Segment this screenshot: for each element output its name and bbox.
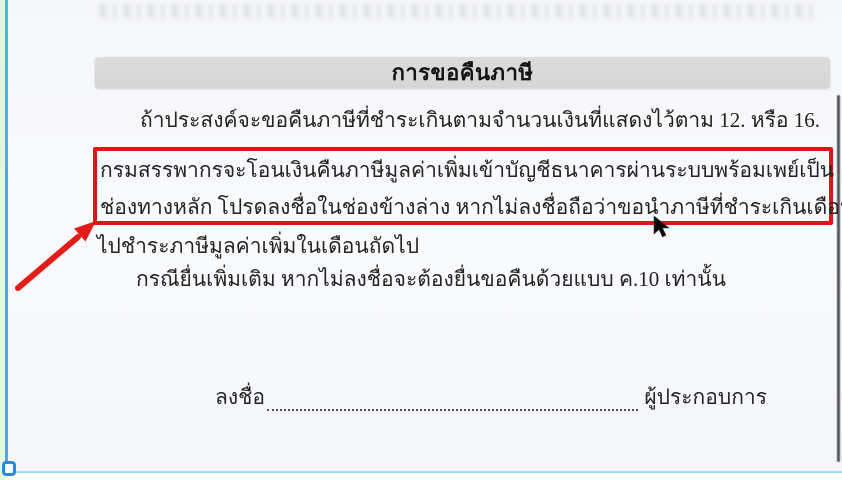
- selection-corner-handle[interactable]: [2, 461, 16, 476]
- note-line: กรณียื่นเพิ่มเติม หากไม่ลงชื่อจะต้องยื่น…: [136, 263, 726, 296]
- cropped-text-remnant: [100, 4, 816, 18]
- page-edge-shadow: [837, 95, 840, 462]
- paragraph-continuation-line: ไปชำระภาษีมูลค่าเพิ่มในเดือนถัดไป: [97, 230, 419, 263]
- selection-guide-line-left: [5, 0, 8, 472]
- mouse-cursor: [652, 215, 674, 239]
- signature-label: ลงชื่อ: [215, 381, 265, 414]
- highlighted-line-1: กรมสรรพากรจะโอนเงินคืนภาษีมูลค่าเพิ่มเข้…: [100, 154, 834, 187]
- signature-role-label: ผู้ประกอบการ: [644, 381, 767, 414]
- selection-guide-line-bottom: [8, 471, 842, 473]
- signature-row: ลงชื่อ ผู้ประกอบการ: [215, 381, 767, 414]
- paragraph-intro-line: ถ้าประสงค์จะขอคืนภาษีที่ชำระเกินตามจำนวน…: [140, 104, 820, 137]
- section-header-bar: การขอคืนภาษี: [95, 57, 830, 88]
- section-title: การขอคืนภาษี: [392, 55, 534, 90]
- red-arrow-annotation: [8, 205, 108, 300]
- highlighted-line-2: ช่องทางหลัก โปรดลงชื่อในช่องข้างล่าง หาก…: [100, 191, 842, 224]
- document-viewer: การขอคืนภาษี ถ้าประสงค์จะขอคืนภาษีที่ชำร…: [0, 0, 842, 480]
- signature-dotted-line: [267, 388, 638, 411]
